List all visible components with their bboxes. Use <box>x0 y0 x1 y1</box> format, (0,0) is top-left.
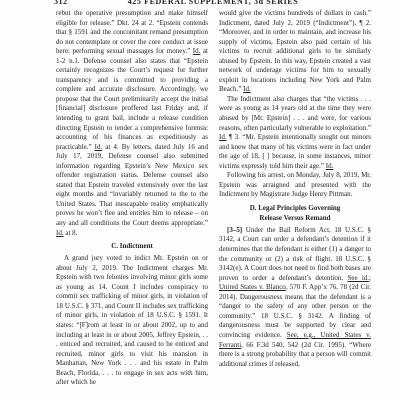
reporter-page: 312 425 FEDERAL SUPPLEMENT, 3d SERIES re… <box>0 0 400 400</box>
text-run: at 1-2 n.1. Defense counsel also states … <box>56 47 208 150</box>
citation: Id. <box>56 229 64 237</box>
text-run: would give the victims hundreds of dolla… <box>219 9 371 93</box>
paragraph: Following his arrest, on Monday, July 8,… <box>219 171 371 200</box>
citation: Id. <box>243 85 251 93</box>
section-heading: C. Indictment <box>56 241 208 251</box>
text-run: [3–5] <box>227 226 242 234</box>
paragraph: would give the victims hundreds of dolla… <box>219 9 371 95</box>
paragraph: A grand jury voted to indict Mr. Epstein… <box>56 254 208 388</box>
citation: United States v. Blanco <box>219 283 286 291</box>
paragraph: rebut the operative presumption and make… <box>56 9 208 238</box>
text-run: The Indictment also charges that “the vi… <box>219 95 371 132</box>
left-column: rebut the operative presumption and make… <box>56 9 208 388</box>
text-run: , 66 F.3d 540, 542 (2d Cir. 1995). “Wher… <box>219 341 371 368</box>
running-head: 425 FEDERAL SUPPLEMENT, 3d SERIES <box>94 0 332 6</box>
text-columns: rebut the operative presumption and make… <box>56 9 371 388</box>
text-run: rebut the operative presumption and make… <box>56 9 208 55</box>
text-run: ; <box>369 274 371 282</box>
page-header: 312 425 FEDERAL SUPPLEMENT, 3d SERIES <box>54 0 372 6</box>
right-column: would give the victims hundreds of dolla… <box>219 9 371 388</box>
citation: Id. <box>326 162 334 170</box>
citation: Id. <box>219 133 227 141</box>
text-run: ¶ 3. “Mr. Epstein intentionally sought o… <box>219 133 371 170</box>
text-run: A grand jury voted to indict Mr. Epstein… <box>56 254 208 386</box>
paragraph: The Indictment also charges that “the vi… <box>219 95 371 171</box>
section-heading: D. Legal Principles Governing Release Ve… <box>219 203 371 223</box>
text-run: at 4. By letters, dated July 16 and July… <box>56 143 208 227</box>
citation: See id. <box>347 274 369 282</box>
text-run: Following his arrest, on Monday, July 8,… <box>219 171 371 198</box>
page-number: 312 <box>54 0 94 6</box>
paragraph: [3–5] Under the Bail Reform Act, 18 U.S.… <box>219 226 371 369</box>
text-run: at 8. <box>64 229 78 237</box>
